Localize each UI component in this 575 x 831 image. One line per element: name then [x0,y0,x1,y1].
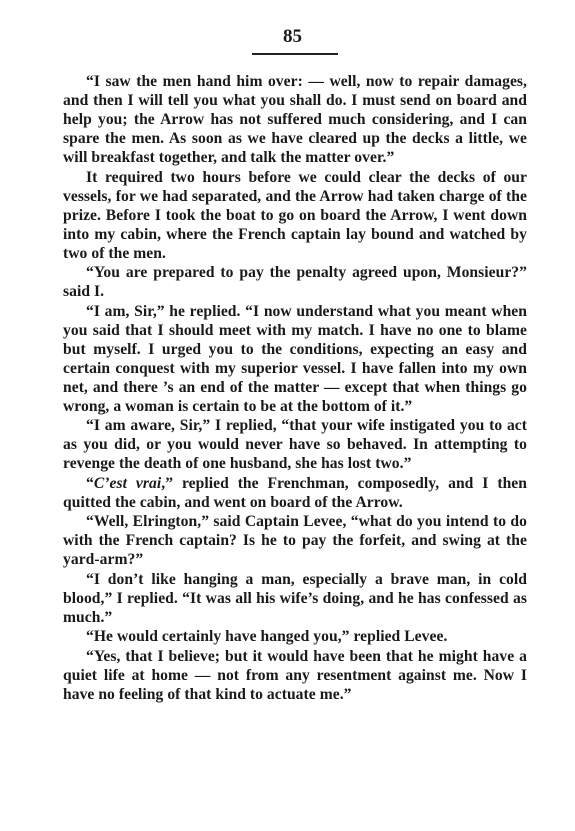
paragraph-7: “Well, Elrington,” said Captain Levee, “… [63,512,527,569]
body-text: “I saw the men hand him over: — well, no… [63,72,527,704]
header-rule [252,53,338,55]
paragraph-4: “I am, Sir,” he replied. “I now understa… [63,302,527,416]
paragraph-5: “I am aware, Sir,” I replied, “that your… [63,416,527,473]
paragraph-8: “I don’t like hanging a man, especially … [63,570,527,627]
page-header: 85 [0,26,575,48]
paragraph-6: “C’est vrai,” replied the Frenchman, com… [63,474,527,512]
french-phrase: C’est vrai [94,475,161,492]
paragraph-3: “You are prepared to pay the penalty agr… [63,263,527,301]
opening-quote: “ [86,475,94,492]
paragraph-9: “He would certainly have hanged you,” re… [63,627,527,646]
page-number: 85 [283,26,302,48]
paragraph-10: “Yes, that I believe; but it would have … [63,647,527,704]
paragraph-1: “I saw the men hand him over: — well, no… [63,72,527,167]
paragraph-2: It required two hours before we could cl… [63,168,527,263]
